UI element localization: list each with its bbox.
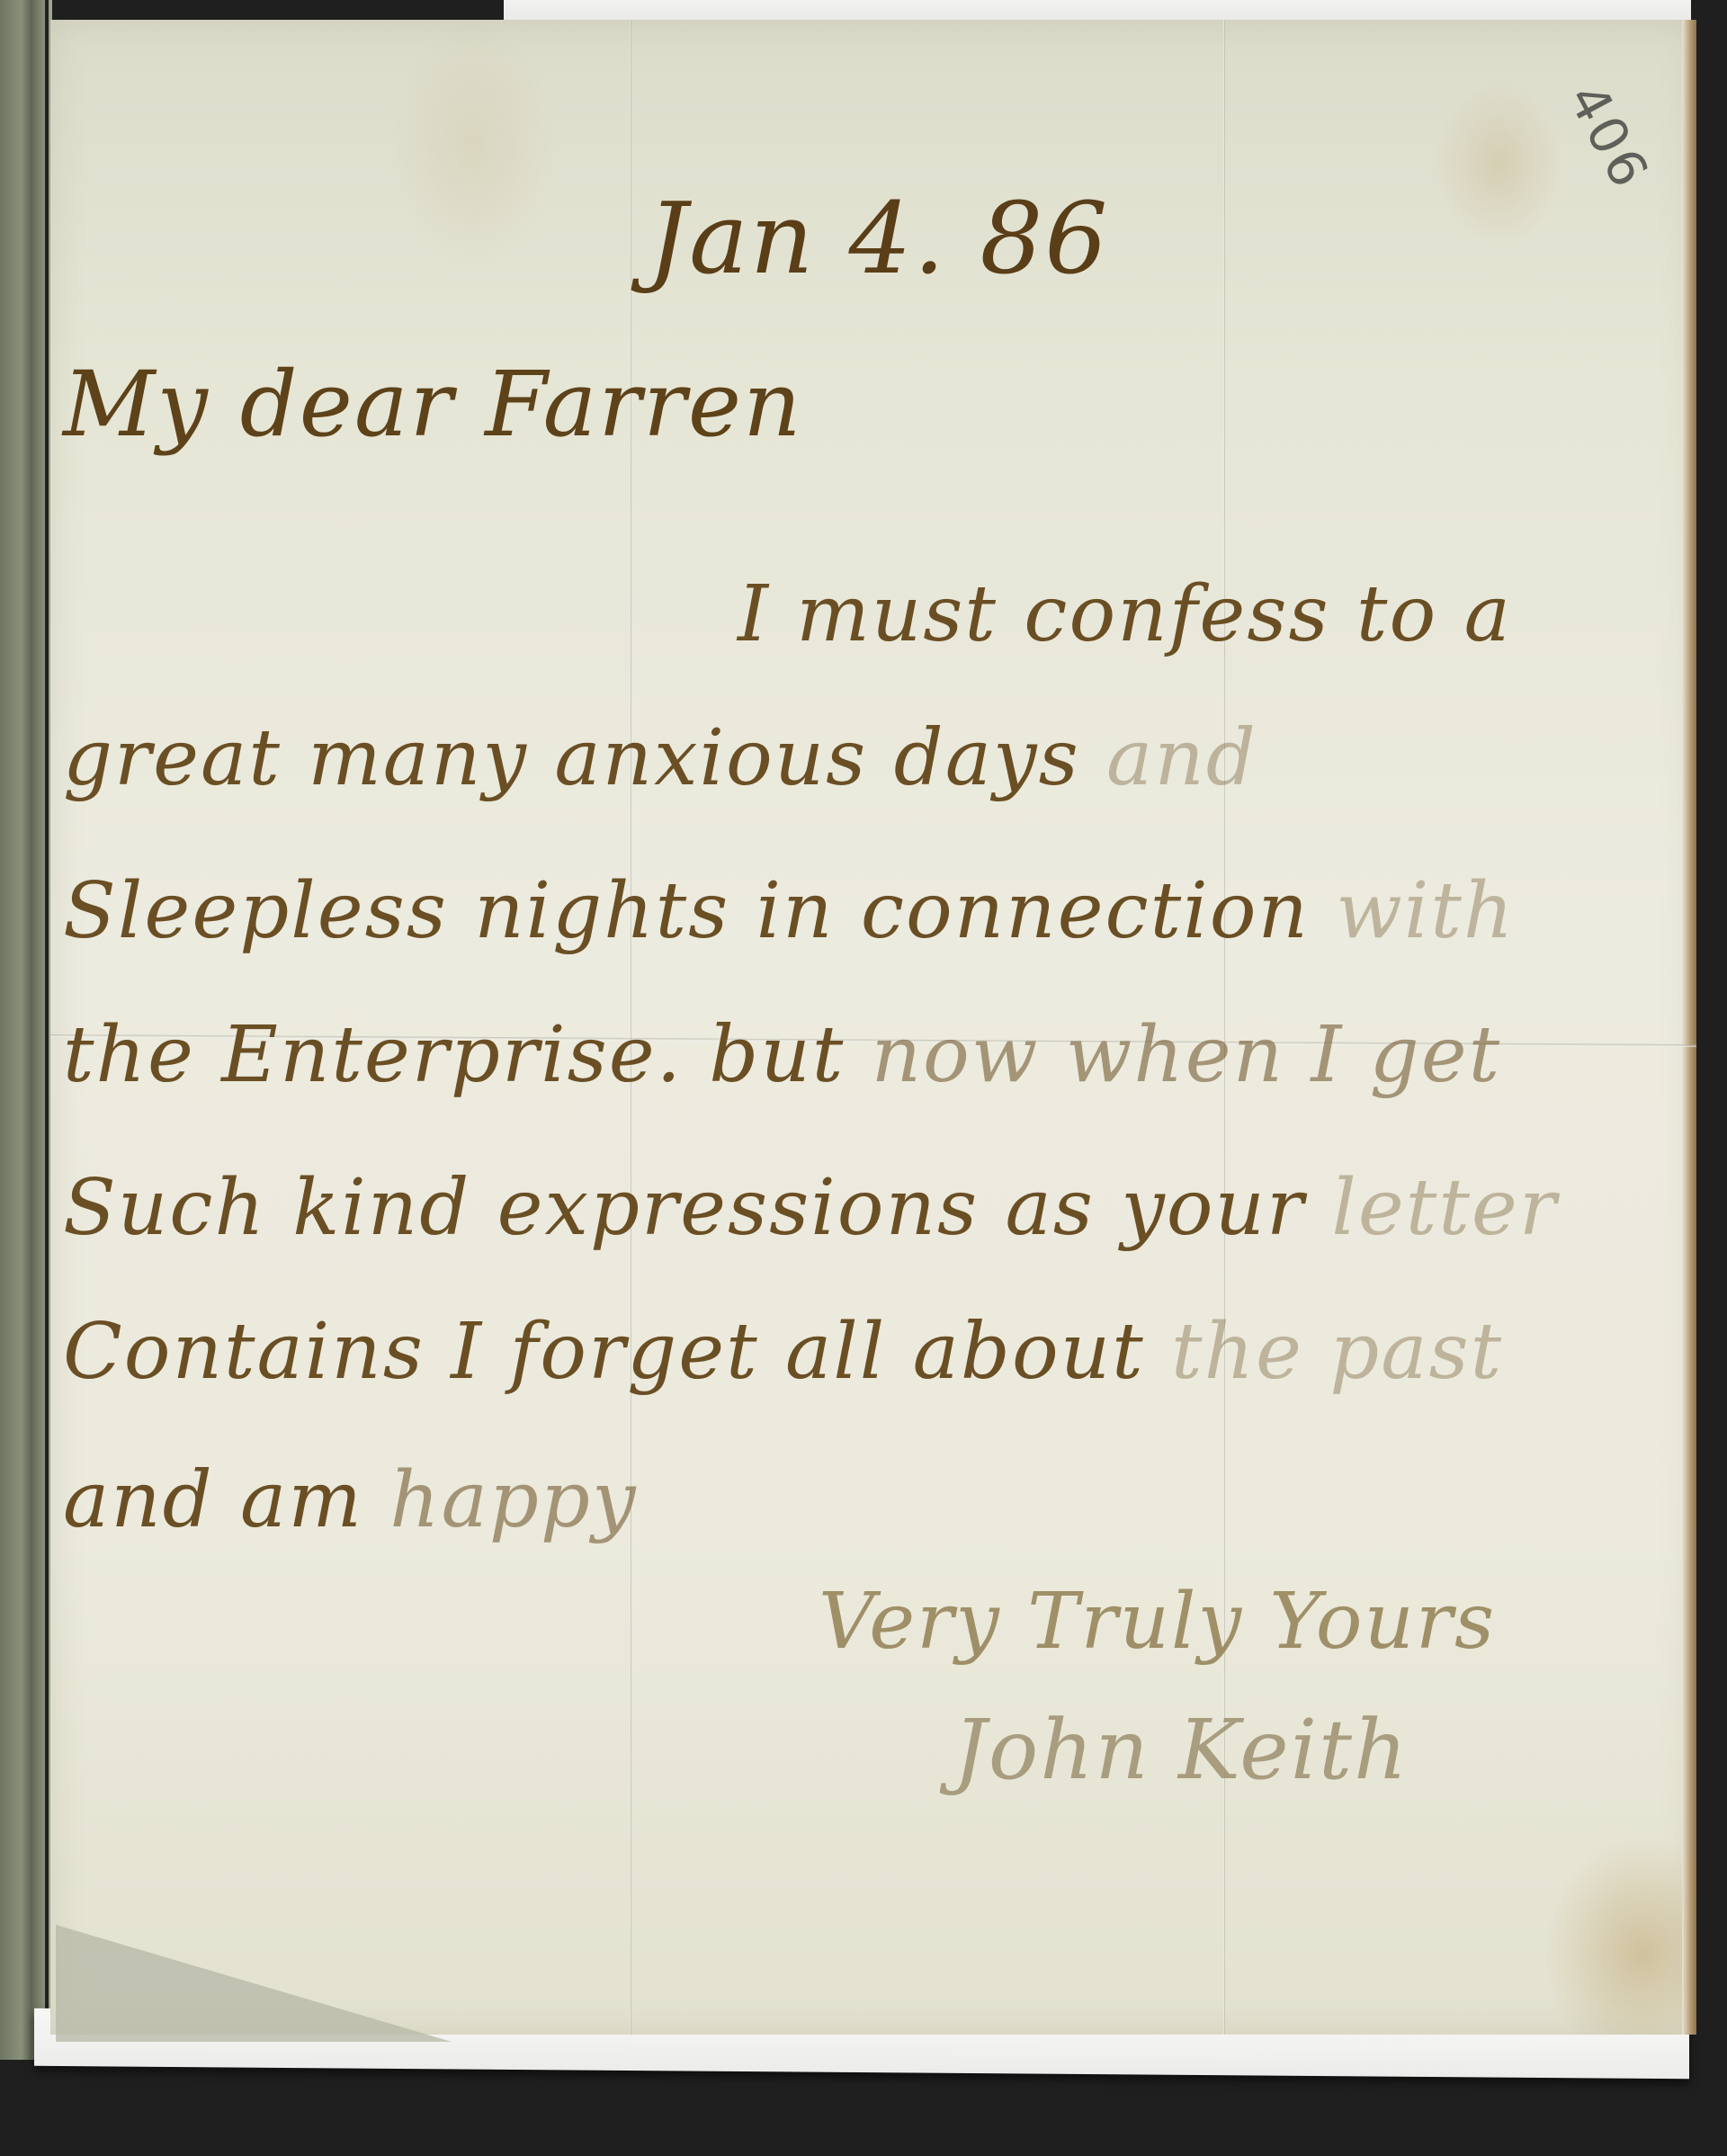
letter-signature: John Keith	[953, 1709, 1409, 1792]
letter-closing: Very Truly Yours	[819, 1583, 1496, 1660]
letter-date: Jan 4. 86	[648, 189, 1109, 288]
binding-gutter-line	[45, 0, 49, 2033]
letter-text: great many anxious days	[63, 713, 1080, 803]
letter-text-faded: letter	[1305, 1163, 1558, 1253]
letter-text: Contains I forget all about	[63, 1307, 1145, 1397]
letter-text-faded: now when I get	[845, 1010, 1501, 1100]
letter-text-faded: with	[1310, 866, 1515, 956]
letter-body-line: Such kind expressions as your letter	[63, 1169, 1558, 1247]
letter-text: the Enterprise. but	[63, 1010, 845, 1100]
letter-salutation: My dear Farren	[63, 360, 802, 450]
letter-body-line: great many anxious days and	[63, 720, 1257, 797]
letter-text: Sleepless nights in connection	[63, 866, 1310, 956]
letter-body-line: and am happy	[63, 1462, 638, 1539]
letter-text-faded: happy	[363, 1455, 638, 1545]
letter-text: Such kind expressions as your	[63, 1163, 1305, 1253]
letter-body-line: Contains I forget all about the past	[63, 1313, 1503, 1391]
letter-body-line: the Enterprise. but now when I get	[63, 1016, 1501, 1094]
folded-corner	[56, 1925, 452, 2042]
letter-body-line: Sleepless nights in connection with	[63, 872, 1515, 950]
letter-text: and am	[63, 1455, 363, 1545]
letter-body-line: I must confess to a	[738, 576, 1512, 653]
letter-text-faded: and	[1080, 713, 1257, 803]
letter-text-faded: the past	[1145, 1307, 1504, 1397]
letter-text: I must confess to a	[738, 569, 1512, 659]
